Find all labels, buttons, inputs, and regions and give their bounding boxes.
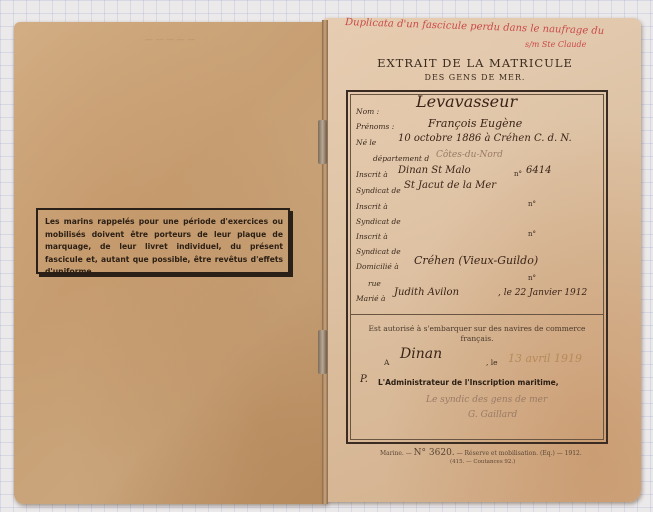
marie-value: Judith Avilon — [394, 287, 459, 298]
staple-top — [318, 120, 327, 164]
prenoms-label: Prénoms : — [356, 122, 394, 131]
authorization-text: Est autorisé à s'embarquer sur des navir… — [354, 324, 600, 344]
rue-label: rue — [368, 279, 381, 288]
signature-text: Le syndic des gens de mer — [426, 395, 547, 405]
footer-suffix: — Réserve et mobilisation. (Eq.) — 1912. — [457, 450, 582, 457]
document-subtitle: DES GENS DE MER. — [350, 73, 600, 82]
place-value: Dinan — [400, 346, 442, 362]
nom-label: Nom : — [356, 107, 379, 116]
inscrit-1-value: Dinan St Malo — [398, 165, 471, 176]
syndicat-2-label: Syndicat de — [356, 217, 401, 226]
ne-le-value: 10 octobre 1886 à Créhen C. d. N. — [398, 133, 572, 144]
place-label: A — [384, 358, 389, 367]
nom-value: Levavasseur — [416, 92, 517, 111]
register-frame: Levavasseur Nom : Prénoms : François Eug… — [346, 90, 608, 444]
divider — [350, 314, 604, 315]
form-number: N° 3620. — [414, 448, 455, 458]
inscrit-2-label: Inscrit à — [356, 202, 388, 211]
syndicat-3-label: Syndicat de — [356, 247, 401, 256]
administrator-title: L'Administrateur de l'Inscription mariti… — [378, 378, 559, 387]
departement-value: Côtes-du-Nord — [436, 150, 503, 160]
mobilization-notice: Les marins rappelés pour une période d'e… — [36, 208, 290, 274]
inscrit-1-label: Inscrit à — [356, 170, 388, 179]
domicilie-label: Domicilié à — [356, 262, 399, 271]
staple-bottom — [318, 330, 327, 374]
footer-prefix: Marine. — — [380, 450, 412, 457]
booklet-spine — [322, 20, 328, 504]
syndicat-1-value: St Jacut de la Mer — [404, 180, 496, 191]
date-label: , le — [486, 358, 498, 367]
marie-label: Marié à — [356, 294, 385, 303]
syndicat-1-label: Syndicat de — [356, 186, 401, 195]
handwritten-annotation-2: s/m Ste Claude — [525, 40, 586, 49]
faded-header: — — — — — — [95, 35, 245, 44]
prenoms-value: François Eugène — [428, 117, 522, 130]
rue-no-label: n° — [528, 274, 536, 282]
inscrit-1-no: 6414 — [526, 165, 551, 176]
print-footer-line-2: (415. — Coutances 92.) — [450, 459, 515, 465]
inscrit-2-no-label: n° — [528, 200, 536, 208]
document-title: EXTRAIT DE LA MATRICULE — [350, 56, 600, 70]
departement-label: département d — [373, 154, 429, 163]
marie-date: , le 22 Janvier 1912 — [498, 288, 587, 298]
admin-prefix: P. — [360, 374, 368, 385]
inscrit-3-label: Inscrit à — [356, 232, 388, 241]
domicilie-value: Créhen (Vieux-Guildo) — [414, 254, 538, 267]
inscrit-3-no-label: n° — [528, 230, 536, 238]
print-footer-line-1: Marine. — N° 3620. — Réserve et mobilisa… — [380, 448, 582, 458]
date-value: 13 avril 1919 — [508, 352, 582, 365]
inscrit-1-no-label: n° — [514, 170, 522, 178]
signature-name: G. Gaillard — [468, 410, 517, 420]
ne-le-label: Né le — [356, 138, 376, 147]
